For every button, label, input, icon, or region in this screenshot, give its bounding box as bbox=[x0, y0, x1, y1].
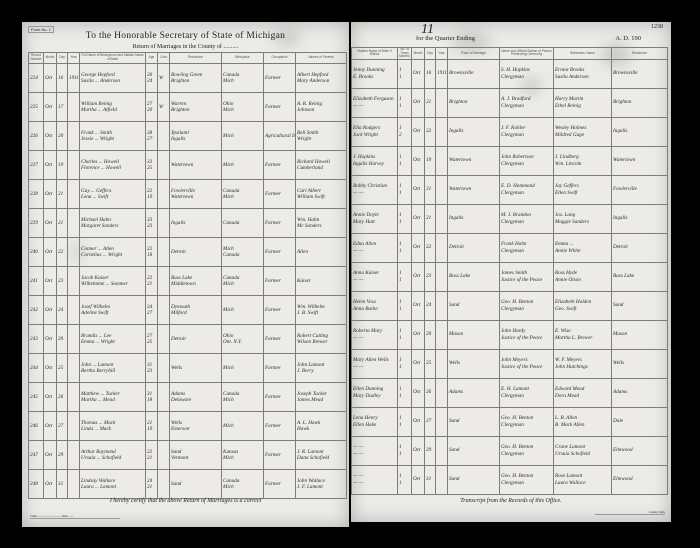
residence-text: Watertown bbox=[171, 162, 220, 169]
times-married: 11 bbox=[398, 291, 412, 320]
marriage-year bbox=[436, 204, 448, 233]
groom-bride-names: Michael HahnMargaret Sanders bbox=[80, 209, 146, 238]
table-row: 248Oct31Lindsay WallaceLaura ... Lamont2… bbox=[29, 470, 347, 499]
groom-bride-names-text: Jessie ... Wright bbox=[81, 136, 144, 143]
officiant: J. F. KohlerClergyman bbox=[500, 117, 554, 146]
officiant: Geo. H. BentonClergyman bbox=[500, 291, 554, 320]
marriage-year bbox=[68, 238, 80, 267]
witness-names-text: Laura Wallace bbox=[555, 480, 610, 487]
place-of-marriage-text: Bass Lake bbox=[449, 273, 498, 280]
marriage-day: 29 bbox=[425, 436, 436, 465]
marriage-day-text: 29 bbox=[58, 452, 66, 459]
marriage-day-text: 19 bbox=[426, 157, 434, 164]
birthplace: MichCanada bbox=[222, 238, 264, 267]
witness-names-text: Ellen Swift bbox=[555, 190, 610, 197]
witness-names-text: Mildred Gage bbox=[555, 132, 610, 139]
marriage-month-text: Oct bbox=[413, 157, 423, 164]
times-married-text: 1 bbox=[399, 219, 410, 226]
groom-bride-names: Conner ... AllenCornelius ... Wright bbox=[80, 238, 146, 267]
times-married-text: 1 bbox=[399, 364, 410, 371]
place-of-marriage-text: Sand bbox=[449, 476, 498, 483]
bride-prior-name-text: Mary Dudley bbox=[353, 393, 396, 400]
times-married: 11 bbox=[398, 175, 412, 204]
residence-text: Detroit bbox=[171, 336, 220, 343]
groom-bride-names-text: Bertha Berryhill bbox=[81, 368, 144, 375]
marriage-year bbox=[68, 470, 80, 499]
witness-names: Crane LamontUrsula Schofield bbox=[554, 436, 612, 465]
marriage-year bbox=[436, 349, 448, 378]
marriage-month-text: Oct bbox=[413, 331, 423, 338]
occupation-text: Farmer bbox=[265, 249, 294, 256]
table-header-row: Record Number Month Day Year Full Name o… bbox=[29, 53, 347, 64]
birthplace-text: Mich bbox=[223, 423, 262, 430]
record-number: 245 bbox=[29, 383, 44, 412]
marriage-month: Oct bbox=[412, 59, 425, 88]
table-row: 245Oct26Matthew ... TuckerMartha ... Mea… bbox=[29, 383, 347, 412]
parents: Robert CuttingWilson Brewer bbox=[296, 325, 347, 354]
place-of-marriage: Bass Lake bbox=[448, 262, 500, 291]
times-married-text: 1 bbox=[399, 277, 410, 284]
table-row: — —— —11Oct31SandGeo. H. BentonClergyman… bbox=[352, 465, 668, 494]
marriage-year bbox=[68, 267, 80, 296]
record-number: 242 bbox=[29, 296, 44, 325]
bride-prior-name: Lena HenryEllen Hake bbox=[352, 407, 398, 436]
bride-prior-name-text: E. Brooks bbox=[353, 74, 396, 81]
times-married: 11 bbox=[398, 407, 412, 436]
officiant: E. H. LamontClergyman bbox=[500, 378, 554, 407]
table-row: Bobby Christian— —11Oct21WatertownE. D. … bbox=[352, 175, 668, 204]
place-of-marriage-text: Watertown bbox=[449, 186, 498, 193]
marriage-month: Oct bbox=[44, 470, 57, 499]
witness-residence-text: Fowlerville bbox=[613, 186, 666, 193]
page-subtitle: Return of Marriages in the County of ...… bbox=[22, 44, 349, 50]
birthplace-text: Mich bbox=[223, 455, 262, 462]
residence: AdamsDelaware bbox=[170, 383, 222, 412]
marriage-year bbox=[68, 354, 80, 383]
record-number-text: 246 bbox=[30, 423, 42, 430]
marriage-day-text: 21 bbox=[58, 191, 66, 198]
marriage-month-text: Oct bbox=[45, 249, 55, 256]
place-of-marriage: Mason bbox=[448, 320, 500, 349]
times-married-text: 1 bbox=[399, 248, 410, 255]
ages-text: 18 bbox=[147, 397, 156, 404]
officiant-text: Clergyman bbox=[501, 248, 552, 255]
parents-text: J. B. Swift bbox=[297, 310, 345, 317]
ages: 3123 bbox=[146, 354, 158, 383]
ages: 2219 bbox=[146, 180, 158, 209]
col-header-day: Day bbox=[425, 48, 436, 60]
record-number-text: 229 bbox=[30, 220, 42, 227]
marriage-month-text: Oct bbox=[45, 104, 55, 111]
witness-names: J. LindbergWm. Lincoln bbox=[554, 146, 612, 175]
witness-names: Elizabeth HoldenGeo. Swift bbox=[554, 291, 612, 320]
marriage-day-text: 26 bbox=[58, 394, 66, 401]
place-of-marriage-text: Adams bbox=[449, 389, 498, 396]
occupation: Farmer bbox=[264, 296, 296, 325]
marriage-month-text: Oct bbox=[413, 360, 423, 367]
marriage-day: 22 bbox=[425, 233, 436, 262]
groom-bride-names: Brandis ... LeeEmma ... Wright bbox=[80, 325, 146, 354]
residence-text: Vermont bbox=[171, 455, 220, 462]
occupation: Farmer bbox=[264, 238, 296, 267]
marriage-month: Oct bbox=[412, 320, 425, 349]
place-of-marriage: Sand bbox=[448, 407, 500, 436]
record-number-text: 242 bbox=[30, 307, 42, 314]
witness-residence: Ingalls bbox=[612, 204, 668, 233]
groom-bride-names-text: Martha ... Mead bbox=[81, 397, 144, 404]
occupation: Farmer bbox=[264, 325, 296, 354]
marriage-month-text: Oct bbox=[413, 244, 423, 251]
marriage-year bbox=[68, 383, 80, 412]
table-row: 227Oct19Charles ... HowellFlorence ... H… bbox=[29, 151, 347, 180]
groom-bride-names: Thomas ... MackLinda ... Mack bbox=[80, 412, 146, 441]
parents: Kaiser bbox=[296, 267, 347, 296]
ages: 2218 bbox=[146, 238, 158, 267]
bride-prior-name-text: Elizabeth Ferguson bbox=[353, 96, 396, 103]
residence: Bass LakeMiddletown bbox=[170, 267, 222, 296]
parents: Albert HepfordMary Anderson bbox=[296, 64, 347, 93]
col-header-age: Age bbox=[146, 53, 158, 64]
marriage-month: Oct bbox=[44, 325, 57, 354]
marriage-day-text: 25 bbox=[426, 360, 434, 367]
color bbox=[158, 151, 170, 180]
witness-residence: Fowlerville bbox=[612, 175, 668, 204]
color bbox=[158, 470, 170, 499]
record-number: 229 bbox=[29, 209, 44, 238]
parents-text: Kaiser bbox=[297, 278, 345, 285]
birthplace: KansasMich bbox=[222, 441, 264, 470]
ages: 2221 bbox=[146, 441, 158, 470]
bride-prior-name-text: — — bbox=[353, 277, 396, 284]
marriage-month: Oct bbox=[44, 93, 57, 122]
officiant-text: Clergyman bbox=[501, 103, 552, 110]
color bbox=[158, 296, 170, 325]
officiant-text: Clergyman bbox=[501, 132, 552, 139]
color bbox=[158, 209, 170, 238]
marriage-month-text: Oct bbox=[45, 423, 55, 430]
ages: 3323 bbox=[146, 209, 158, 238]
occupation-text: Farmer bbox=[265, 104, 294, 111]
table-header-row: Maiden Name of Bride if Widow No. of Tim… bbox=[352, 48, 668, 60]
table-row: 241Oct23Jacob KaiserWilhelmine ... Somme… bbox=[29, 267, 347, 296]
witness-names-text: Ursula Schofield bbox=[555, 451, 610, 458]
place-of-marriage: Detroit bbox=[448, 233, 500, 262]
record-number-text: 224 bbox=[30, 75, 42, 82]
record-number-text: 247 bbox=[30, 452, 42, 459]
marriage-month-text: Oct bbox=[413, 447, 423, 454]
residence-text: Brighton bbox=[171, 107, 220, 114]
witness-residence: Elmwood bbox=[612, 465, 668, 494]
col-header-birthplace: Birthplace bbox=[222, 53, 264, 64]
ages-text: 18 bbox=[147, 252, 156, 259]
marriage-day-text: 16 bbox=[58, 75, 66, 82]
witness-residence-text: Detroit bbox=[613, 244, 666, 251]
times-married: 11 bbox=[398, 204, 412, 233]
marriage-day: 24 bbox=[57, 296, 68, 325]
groom-bride-names-text: Wilhelmine ... Sommer bbox=[81, 281, 144, 288]
birthplace: OhioOnt. N.Y. bbox=[222, 325, 264, 354]
officiant: Geo. H. BentonClergyman bbox=[500, 465, 554, 494]
parents: Wm. HahnMc Sanders bbox=[296, 209, 347, 238]
marriage-day: 20 bbox=[57, 122, 68, 151]
marriage-month-text: Oct bbox=[45, 481, 55, 488]
place-of-marriage: Watertown bbox=[448, 175, 500, 204]
marriage-day-text: 23 bbox=[426, 273, 434, 280]
marriage-year: 1911 bbox=[68, 64, 80, 93]
bride-prior-name-text: — — bbox=[353, 190, 396, 197]
residence: SandVermont bbox=[170, 441, 222, 470]
stamp-number: 1238 bbox=[651, 24, 663, 30]
marriage-month-text: Oct bbox=[413, 215, 423, 222]
marriage-month-text: Oct bbox=[413, 186, 423, 193]
officiant: John HardyJustice of the Peace bbox=[500, 320, 554, 349]
col-header-names: Full Name of Bridegroom and Maiden Name … bbox=[80, 53, 146, 64]
parents: A. R. ReinigJohnson bbox=[296, 93, 347, 122]
parents: John WallaceJ. F. Lamont bbox=[296, 470, 347, 499]
occupation: Farmer bbox=[264, 93, 296, 122]
table-row: 226Oct20Frank ... SmithJessie ... Wright… bbox=[29, 122, 347, 151]
place-of-marriage-text: Ingalls bbox=[449, 215, 498, 222]
quarter-ending-label: for the Quarter Ending bbox=[416, 35, 475, 42]
bride-prior-name-text: — — bbox=[353, 364, 396, 371]
birthplace: CanadaMich bbox=[222, 383, 264, 412]
marriage-day-text: 29 bbox=[426, 447, 434, 454]
marriage-day: 21 bbox=[57, 180, 68, 209]
col-header-witness-name: Witnesses: Name bbox=[554, 48, 612, 60]
officiant: John RobertsonClergyman bbox=[500, 146, 554, 175]
times-married: 11 bbox=[398, 233, 412, 262]
right-register-page: 11 1238 for the Quarter Ending A. D. 190… bbox=[351, 22, 671, 522]
color: W bbox=[158, 64, 170, 93]
certification-text: I hereby certify that the above Return o… bbox=[22, 498, 349, 504]
groom-bride-names: George HepfordSusila ... Anderson bbox=[80, 64, 146, 93]
witness-residence: Bass Lake bbox=[612, 262, 668, 291]
ages-text: 27 bbox=[147, 310, 156, 317]
marriage-day: 27 bbox=[57, 412, 68, 441]
marriage-month-text: Oct bbox=[413, 128, 423, 135]
birthplace: OhioMich bbox=[222, 93, 264, 122]
ages-text: 24 bbox=[147, 78, 156, 85]
officiant-text: Clergyman bbox=[501, 219, 552, 226]
marriage-day: 22 bbox=[57, 238, 68, 267]
birthplace-text: Mich bbox=[223, 107, 262, 114]
marriage-month: Oct bbox=[44, 412, 57, 441]
bride-prior-name-text: Jack Wright bbox=[353, 132, 396, 139]
marriage-year bbox=[68, 122, 80, 151]
marriage-day-text: 22 bbox=[426, 244, 434, 251]
col-header-officiant: Name and Official Station of Person Perf… bbox=[500, 48, 554, 60]
residence-text: Ingalls bbox=[171, 136, 220, 143]
record-number: 240 bbox=[29, 238, 44, 267]
record-number-text: 226 bbox=[30, 133, 42, 140]
parents: J. R. LamontDana Schofield bbox=[296, 441, 347, 470]
ages-text: 21 bbox=[147, 281, 156, 288]
times-married-text: 1 bbox=[399, 451, 410, 458]
ages: 3827 bbox=[146, 122, 158, 151]
witness-residence: Detroit bbox=[612, 233, 668, 262]
groom-bride-names: John ... LamontBertha Berryhill bbox=[80, 354, 146, 383]
marriage-day: 20 bbox=[57, 325, 68, 354]
residence-text: Milford bbox=[171, 310, 220, 317]
table-row: 228Oct21Guy ... GeffersLena ... Swift221… bbox=[29, 180, 347, 209]
ages: 3427 bbox=[146, 296, 158, 325]
witness-names: Ross HydeAnnie Olson bbox=[554, 262, 612, 291]
signature-line: Clerk ................................ D… bbox=[30, 514, 120, 519]
groom-bride-names-text: Margaret Sanders bbox=[81, 223, 144, 230]
witness-residence-text: Brighton bbox=[613, 99, 666, 106]
marriage-day-text: 27 bbox=[58, 423, 66, 430]
marriage-month: Oct bbox=[412, 233, 425, 262]
witness-names-text: Susila Anderson bbox=[555, 74, 610, 81]
officiant-text: Clergyman bbox=[501, 74, 552, 81]
birthplace-text: Canada bbox=[223, 220, 262, 227]
occupation: Farmer bbox=[264, 267, 296, 296]
residence-text: Ingalls bbox=[171, 220, 220, 227]
officiant: M. J. BrandonClergyman bbox=[500, 204, 554, 233]
marriage-day: 19 bbox=[425, 146, 436, 175]
table-row: Annie DoyleMary Hutt11Oct21IngallsM. J. … bbox=[352, 204, 668, 233]
record-number-text: 241 bbox=[30, 278, 42, 285]
bride-prior-name-text: — — bbox=[353, 335, 396, 342]
witness-names: Emma ... Annie White bbox=[554, 233, 612, 262]
witness-residence-text: Dale bbox=[613, 418, 666, 425]
record-number: 225 bbox=[29, 93, 44, 122]
marriage-year bbox=[436, 146, 448, 175]
marriage-month-text: Oct bbox=[413, 476, 423, 483]
witness-residence: Adams bbox=[612, 378, 668, 407]
parents: John LamontJ. Berry bbox=[296, 354, 347, 383]
marriage-day: 16 bbox=[57, 64, 68, 93]
color bbox=[158, 180, 170, 209]
witness-residence-text: Mason bbox=[613, 331, 666, 338]
times-married-text: 1 bbox=[399, 74, 410, 81]
place-of-marriage-text: Brighton bbox=[449, 99, 498, 106]
witness-residence: Elmwood bbox=[612, 436, 668, 465]
groom-bride-names-text: Susila ... Anderson bbox=[81, 78, 144, 85]
record-number: 248 bbox=[29, 470, 44, 499]
officiant-text: Justice of the Peace bbox=[501, 277, 552, 284]
col-header-year: Year bbox=[68, 53, 80, 64]
record-number: 228 bbox=[29, 180, 44, 209]
occupation: Farmer bbox=[264, 441, 296, 470]
witness-names: Harry MartinEthel Reinig bbox=[554, 88, 612, 117]
record-number: 226 bbox=[29, 122, 44, 151]
color-text: W bbox=[159, 104, 168, 111]
groom-bride-names-text: Cornelius ... Wright bbox=[81, 252, 144, 259]
marriage-day: 26 bbox=[425, 378, 436, 407]
parents-text: Allen bbox=[297, 249, 345, 256]
birthplace: Canada bbox=[222, 209, 264, 238]
bride-prior-name: Bobby Christian— — bbox=[352, 175, 398, 204]
occupation-text: Farmer bbox=[265, 336, 294, 343]
col-header-occupation: Occupation bbox=[264, 53, 296, 64]
birthplace-text: Mich bbox=[223, 194, 262, 201]
marriage-register-table-left: Record Number Month Day Year Full Name o… bbox=[28, 52, 347, 499]
marriage-day-text: 21 bbox=[426, 215, 434, 222]
color bbox=[158, 267, 170, 296]
witness-residence: Wells bbox=[612, 349, 668, 378]
groom-bride-names-text: Ursula ... Schofield bbox=[81, 455, 144, 462]
col-header-residence: Residence bbox=[170, 53, 222, 64]
residence-text: Middletown bbox=[171, 281, 220, 288]
birthplace-text: Canada bbox=[223, 252, 262, 259]
marriage-day: 24 bbox=[425, 291, 436, 320]
witness-residence-text: Brownsville bbox=[613, 70, 666, 77]
marriage-day-text: 21 bbox=[426, 186, 434, 193]
ages: 2725 bbox=[146, 325, 158, 354]
marriage-year bbox=[436, 378, 448, 407]
record-number: 244 bbox=[29, 354, 44, 383]
marriage-month: Oct bbox=[44, 383, 57, 412]
marriage-month-text: Oct bbox=[413, 418, 423, 425]
place-of-marriage-text: Sand bbox=[449, 418, 498, 425]
witness-names-text: Annie White bbox=[555, 248, 610, 255]
color bbox=[158, 412, 170, 441]
witness-residence: Watertown bbox=[612, 146, 668, 175]
officiant-text: Clergyman bbox=[501, 306, 552, 313]
marriage-year bbox=[68, 296, 80, 325]
marriage-day: 29 bbox=[57, 441, 68, 470]
color-text: W bbox=[159, 75, 168, 82]
residence: WellsEmerson bbox=[170, 412, 222, 441]
marriage-year bbox=[68, 93, 80, 122]
marriage-day: 16 bbox=[425, 59, 436, 88]
bride-prior-name-text: Anna Burke bbox=[353, 306, 396, 313]
marriage-month-text: Oct bbox=[413, 70, 423, 77]
times-married-text: 1 bbox=[399, 103, 410, 110]
place-of-marriage-text: Detroit bbox=[449, 244, 498, 251]
marriage-day-text: 23 bbox=[58, 278, 66, 285]
marriage-day: 23 bbox=[57, 267, 68, 296]
parents-text: William Swift bbox=[297, 194, 345, 201]
marriage-month: Oct bbox=[412, 291, 425, 320]
marriage-year: 1911 bbox=[436, 59, 448, 88]
residence: Sand bbox=[170, 470, 222, 499]
table-row: Elizabeth Ferguson— —11Oct21BrightonA. J… bbox=[352, 88, 668, 117]
birthplace: CanadaMich bbox=[222, 267, 264, 296]
occupation: Farmer bbox=[264, 383, 296, 412]
witness-residence-text: Bass Lake bbox=[613, 273, 666, 280]
place-of-marriage-text: Sand bbox=[449, 302, 498, 309]
officiant: Geo. H. BentonClergyman bbox=[500, 407, 554, 436]
table-row: 229Oct21Michael HahnMargaret Sanders3323… bbox=[29, 209, 347, 238]
occupation: Agricultural Implements bbox=[264, 122, 296, 151]
marriage-month-text: Oct bbox=[45, 452, 55, 459]
residence: Detroit bbox=[170, 325, 222, 354]
ages-text: 19 bbox=[147, 194, 156, 201]
occupation: Farmer bbox=[264, 354, 296, 383]
table-row: Ella RodgersJack Wright12Oct22IngallsJ. … bbox=[352, 117, 668, 146]
groom-bride-names: Matthew ... TuckerMartha ... Mead bbox=[80, 383, 146, 412]
officiant-text: Justice of the Peace bbox=[501, 364, 552, 371]
occupation-text: Farmer bbox=[265, 423, 294, 430]
occupation-text: Farmer bbox=[265, 394, 294, 401]
occupation: Farmer bbox=[264, 64, 296, 93]
times-married-text: 1 bbox=[399, 190, 410, 197]
marriage-month-text: Oct bbox=[45, 75, 55, 82]
table-row: Mary Allen Wells— —11Oct25WellsJohn Meye… bbox=[352, 349, 668, 378]
marriage-year bbox=[68, 209, 80, 238]
officiant: Geo. H. BentonClergyman bbox=[500, 436, 554, 465]
record-number-text: 225 bbox=[30, 104, 42, 111]
groom-bride-names-text: Linda ... Mack bbox=[81, 426, 144, 433]
occupation: Farmer bbox=[264, 151, 296, 180]
ages: 3325 bbox=[146, 151, 158, 180]
bride-prior-name-text: Ellen Hake bbox=[353, 422, 396, 429]
witness-names: Ernest BrooksSusila Anderson bbox=[554, 59, 612, 88]
officiant-text: Justice of the Peace bbox=[501, 335, 552, 342]
marriage-year-text: 1911 bbox=[69, 75, 78, 82]
